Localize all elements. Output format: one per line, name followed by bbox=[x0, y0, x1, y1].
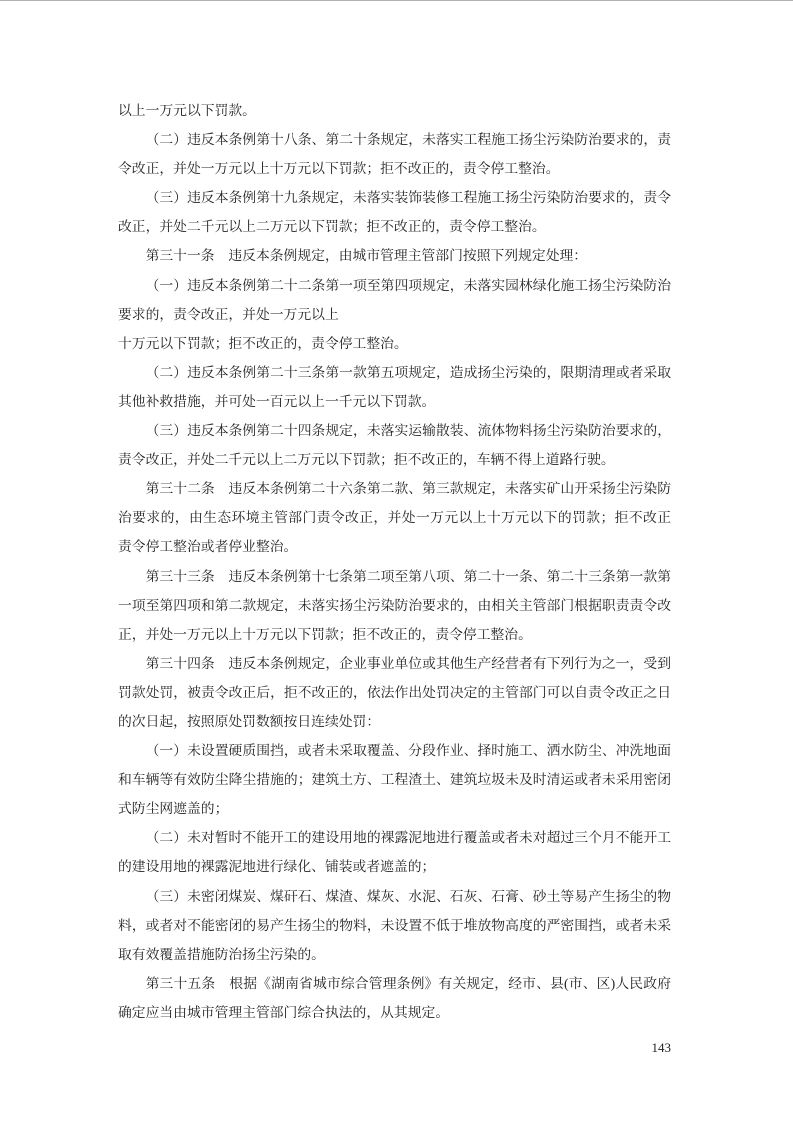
paragraph: （一）违反本条例第二十二条第一项至第四项规定，未落实园林绿化施工扬尘污染防治要求… bbox=[118, 271, 671, 329]
text-line: 罚款处罚，被责令改正后，拒不改正的，依法作出处罚决定的主管部门可以自责令改正之日 bbox=[118, 678, 671, 707]
text-line: 十万元以下罚款；拒不改正的，责令停工整治。 bbox=[118, 329, 671, 358]
text-line: 第三十一条 违反本条例规定，由城市管理主管部门按照下列规定处理： bbox=[118, 241, 671, 270]
paragraph: （一）未设置硬质围挡，或者未采取覆盖、分段作业、择时施工、洒水防尘、冲洗地面和车… bbox=[118, 736, 671, 823]
text-line: 第三十二条 违反本条例第二十六条第二款、第三款规定，未落实矿山开采扬尘污染防 bbox=[118, 474, 671, 503]
paragraph: （二）违反本条例第十八条、第二十条规定，未落实工程施工扬尘污染防治要求的，责令改… bbox=[118, 125, 671, 183]
text-line: 责令改正，并处二千元以上二万元以下罚款；拒不改正的，车辆不得上道路行驶。 bbox=[118, 445, 671, 474]
text-line: 令改正，并处一万元以上十万元以下罚款；拒不改正的，责令停工整治。 bbox=[118, 154, 671, 183]
text-line: 治要求的，由生态环境主管部门责令改正，并处一万元以上十万元以下的罚款；拒不改正的… bbox=[118, 503, 671, 532]
text-line: 式防尘网遮盖的； bbox=[118, 794, 671, 823]
text-line: 料，或者对不能密闭的易产生扬尘的物料，未设置不低于堆放物高度的严密围挡，或者未采 bbox=[118, 911, 671, 940]
text-line: 改正，并处二千元以上二万元以下罚款；拒不改正的，责令停工整治。 bbox=[118, 212, 671, 241]
text-line: 要求的，责令改正，并处一万元以上 bbox=[118, 300, 671, 329]
text-line: 第三十四条 违反本条例规定，企业事业单位或其他生产经营者有下列行为之一，受到 bbox=[118, 649, 671, 678]
paragraph: （二）违反本条例第二十三条第一款第五项规定，造成扬尘污染的，限期清理或者采取其他… bbox=[118, 358, 671, 416]
document-body: 以上一万元以下罚款。（二）违反本条例第十八条、第二十条规定，未落实工程施工扬尘污… bbox=[118, 96, 671, 1027]
text-line: （一）违反本条例第二十二条第一项至第四项规定，未落实园林绿化施工扬尘污染防治 bbox=[118, 271, 671, 300]
paragraph: （三）违反本条例第二十四条规定，未落实运输散装、流体物料扬尘污染防治要求的，责令… bbox=[118, 416, 671, 474]
paragraph: （三）未密闭煤炭、煤矸石、煤渣、煤灰、水泥、石灰、石膏、砂土等易产生扬尘的物料，… bbox=[118, 882, 671, 969]
text-line: （二）违反本条例第十八条、第二十条规定，未落实工程施工扬尘污染防治要求的，责 bbox=[118, 125, 671, 154]
text-line: 和车辆等有效防尘降尘措施的；建筑土方、工程渣土、建筑垃圾未及时清运或者未采用密闭 bbox=[118, 765, 671, 794]
paragraph: 第三十一条 违反本条例规定，由城市管理主管部门按照下列规定处理： bbox=[118, 241, 671, 270]
paragraph: （二）未对暂时不能开工的建设用地的裸露泥地进行覆盖或者未对超过三个月不能开工的建… bbox=[118, 823, 671, 881]
text-line: 第三十五条 根据《湖南省城市综合管理条例》有关规定，经市、县(市、区)人民政府 bbox=[118, 969, 671, 998]
text-line: （三）违反本条例第十九条规定，未落实装饰装修工程施工扬尘污染防治要求的，责令 bbox=[118, 183, 671, 212]
text-line: 第三十三条 违反本条例第十七条第二项至第八项、第二十一条、第二十三条第一款第 bbox=[118, 562, 671, 591]
paragraph: 第三十二条 违反本条例第二十六条第二款、第三款规定，未落实矿山开采扬尘污染防治要… bbox=[118, 474, 671, 561]
text-line: （二）未对暂时不能开工的建设用地的裸露泥地进行覆盖或者未对超过三个月不能开工 bbox=[118, 823, 671, 852]
text-line: （一）未设置硬质围挡，或者未采取覆盖、分段作业、择时施工、洒水防尘、冲洗地面 bbox=[118, 736, 671, 765]
text-line: （三）违反本条例第二十四条规定，未落实运输散装、流体物料扬尘污染防治要求的， bbox=[118, 416, 671, 445]
text-line: 责令停工整治或者停业整治。 bbox=[118, 532, 671, 561]
paragraph: 十万元以下罚款；拒不改正的，责令停工整治。 bbox=[118, 329, 671, 358]
page-number: 143 bbox=[118, 1033, 671, 1062]
paragraph: 第三十五条 根据《湖南省城市综合管理条例》有关规定，经市、县(市、区)人民政府确… bbox=[118, 969, 671, 1027]
text-line: 其他补救措施，并可处一百元以上一千元以下罚款。 bbox=[118, 387, 671, 416]
text-line: （三）未密闭煤炭、煤矸石、煤渣、煤灰、水泥、石灰、石膏、砂土等易产生扬尘的物 bbox=[118, 882, 671, 911]
text-line: 取有效覆盖措施防治扬尘污染的。 bbox=[118, 940, 671, 969]
document-page: 以上一万元以下罚款。（二）违反本条例第十八条、第二十条规定，未落实工程施工扬尘污… bbox=[0, 0, 793, 1122]
text-line: 一项至第四项和第二款规定，未落实扬尘污染防治要求的，由相关主管部门根据职责责令改 bbox=[118, 591, 671, 620]
text-line: 以上一万元以下罚款。 bbox=[118, 96, 671, 125]
scan-edge-line bbox=[0, 0, 793, 1]
text-line: 的建设用地的裸露泥地进行绿化、铺装或者遮盖的； bbox=[118, 852, 671, 881]
text-line: （二）违反本条例第二十三条第一款第五项规定，造成扬尘污染的，限期清理或者采取 bbox=[118, 358, 671, 387]
text-line: 确定应当由城市管理主管部门综合执法的，从其规定。 bbox=[118, 998, 671, 1027]
paragraph: 第三十四条 违反本条例规定，企业事业单位或其他生产经营者有下列行为之一，受到罚款… bbox=[118, 649, 671, 736]
text-line: 正，并处一万元以上十万元以下罚款；拒不改正的，责令停工整治。 bbox=[118, 620, 671, 649]
paragraph: 第三十三条 违反本条例第十七条第二项至第八项、第二十一条、第二十三条第一款第一项… bbox=[118, 562, 671, 649]
paragraph: （三）违反本条例第十九条规定，未落实装饰装修工程施工扬尘污染防治要求的，责令改正… bbox=[118, 183, 671, 241]
paragraph: 以上一万元以下罚款。 bbox=[118, 96, 671, 125]
text-line: 的次日起，按照原处罚数额按日连续处罚： bbox=[118, 707, 671, 736]
